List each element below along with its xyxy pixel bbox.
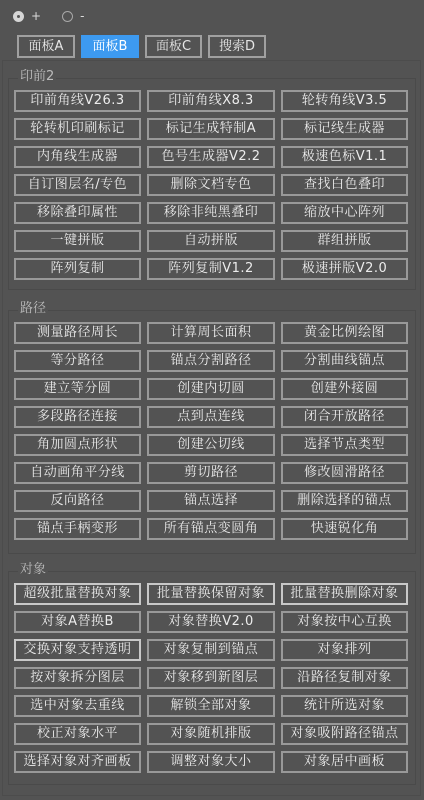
tool-button[interactable]: 锚点选择 [147,490,275,512]
tool-button[interactable]: 移除非纯黑叠印 [147,202,275,224]
tool-button[interactable]: 移除叠印属性 [14,202,141,224]
tool-button[interactable]: 计算周长面积 [147,322,275,344]
group-prepress-buttons: 印前角线V26.3印前角线X8.3轮转角线V3.5轮转机印刷标记标记生成特制A标… [14,90,408,280]
tool-button[interactable]: 一键拼版 [14,230,141,252]
group-object: 对象 超级批量替换对象批量替换保留对象批量替换删除对象对象A替换B对象替换V2.… [8,563,416,788]
tool-button[interactable]: 等分路径 [14,350,141,372]
tool-button[interactable]: 快速锐化角 [281,518,408,540]
tool-button[interactable]: 超级批量替换对象 [14,583,141,605]
tool-button[interactable]: 反向路径 [14,490,141,512]
tool-button[interactable]: 群组拼版 [281,230,408,252]
tool-button[interactable]: 对象替换V2.0 [147,611,275,633]
tool-button[interactable]: 对象排列 [281,639,408,661]
tool-button[interactable]: 闭合开放路径 [281,406,408,428]
tool-button[interactable]: 创建公切线 [147,434,275,456]
tool-button[interactable]: 标记生成特制A [147,118,275,140]
tool-button[interactable]: 分割曲线锚点 [281,350,408,372]
tool-button[interactable]: 删除文档专色 [147,174,275,196]
tool-button[interactable]: 修改圆滑路径 [281,462,408,484]
tool-button[interactable]: 创建外接圆 [281,378,408,400]
tool-button[interactable]: 调整对象大小 [147,751,275,773]
tab-panel-b[interactable]: 面板B [81,35,139,58]
tool-button[interactable]: 剪切路径 [147,462,275,484]
tool-button[interactable]: 对象复制到锚点 [147,639,275,661]
tool-button[interactable]: 对象移到新图层 [147,667,275,689]
tool-button[interactable]: 印前角线V26.3 [14,90,141,112]
radio-plus[interactable] [13,11,24,22]
tool-button[interactable]: 测量路径周长 [14,322,141,344]
tool-button[interactable]: 解锁全部对象 [147,695,275,717]
tool-button[interactable]: 色号生成器V2.2 [147,146,275,168]
radio-plus-label: + [31,9,41,23]
tool-button[interactable]: 自动拼版 [147,230,275,252]
radio-minus-label: - [80,9,84,23]
tool-button[interactable]: 内角线生成器 [14,146,141,168]
tool-button[interactable]: 对象随机排版 [147,723,275,745]
tool-button[interactable]: 自订图层名/专色 [14,174,141,196]
tool-button[interactable]: 对象A替换B [14,611,141,633]
tool-button[interactable]: 批量替换删除对象 [281,583,408,605]
group-path: 路径 测量路径周长计算周长面积黄金比例绘图等分路径锚点分割路径分割曲线锚点建立等… [8,302,416,552]
tool-button[interactable]: 极速拼版V2.0 [281,258,408,280]
tool-button[interactable]: 阵列复制V1.2 [147,258,275,280]
tool-button[interactable]: 统计所选对象 [281,695,408,717]
group-object-title: 对象 [18,562,48,578]
tool-button[interactable]: 缩放中心阵列 [281,202,408,224]
tool-button[interactable]: 标记线生成器 [281,118,408,140]
group-object-buttons: 超级批量替换对象批量替换保留对象批量替换删除对象对象A替换B对象替换V2.0对象… [14,583,408,773]
tool-button[interactable]: 锚点手柄变形 [14,518,141,540]
tool-button[interactable]: 印前角线X8.3 [147,90,275,112]
tool-button[interactable]: 批量替换保留对象 [147,583,275,605]
tool-button[interactable]: 角加圆点形状 [14,434,141,456]
tool-button[interactable]: 对象吸附路径锚点 [281,723,408,745]
tool-button[interactable]: 所有锚点变圆角 [147,518,275,540]
tool-button[interactable]: 自动画角平分线 [14,462,141,484]
group-prepress: 印前2 印前角线V26.3印前角线X8.3轮转角线V3.5轮转机印刷标记标记生成… [8,70,416,290]
tool-button[interactable]: 建立等分圆 [14,378,141,400]
tool-button[interactable]: 对象居中画板 [281,751,408,773]
tool-button[interactable]: 删除选择的锚点 [281,490,408,512]
tool-button[interactable]: 创建内切圆 [147,378,275,400]
group-path-title: 路径 [18,301,48,317]
tool-button[interactable]: 轮转机印刷标记 [14,118,141,140]
tool-button[interactable]: 选中对象去重线 [14,695,141,717]
tool-button[interactable]: 轮转角线V3.5 [281,90,408,112]
radio-minus[interactable] [62,11,73,22]
tool-button[interactable]: 黄金比例绘图 [281,322,408,344]
tool-button[interactable]: 查找白色叠印 [281,174,408,196]
tool-button[interactable]: 交换对象支持透明 [14,639,141,661]
group-path-buttons: 测量路径周长计算周长面积黄金比例绘图等分路径锚点分割路径分割曲线锚点建立等分圆创… [14,322,408,540]
tab-search-d[interactable]: 搜索D [208,35,266,58]
tool-button[interactable]: 沿路径复制对象 [281,667,408,689]
tool-button[interactable]: 按对象拆分图层 [14,667,141,689]
panel-tabs: 面板A 面板B 面板C 搜索D [17,35,266,58]
tool-button[interactable]: 锚点分割路径 [147,350,275,372]
tool-button[interactable]: 选择对象对齐画板 [14,751,141,773]
tool-button[interactable]: 点到点连线 [147,406,275,428]
tool-button[interactable]: 对象按中心互换 [281,611,408,633]
tool-button[interactable]: 极速色标V1.1 [281,146,408,168]
tool-button[interactable]: 校正对象水平 [14,723,141,745]
tool-button[interactable]: 阵列复制 [14,258,141,280]
tab-panel-c[interactable]: 面板C [145,35,202,58]
mode-radio-group: + - [13,9,105,23]
tab-panel-a[interactable]: 面板A [17,35,75,58]
tool-button[interactable]: 选择节点类型 [281,434,408,456]
tool-button[interactable]: 多段路径连接 [14,406,141,428]
group-prepress-title: 印前2 [18,69,56,85]
